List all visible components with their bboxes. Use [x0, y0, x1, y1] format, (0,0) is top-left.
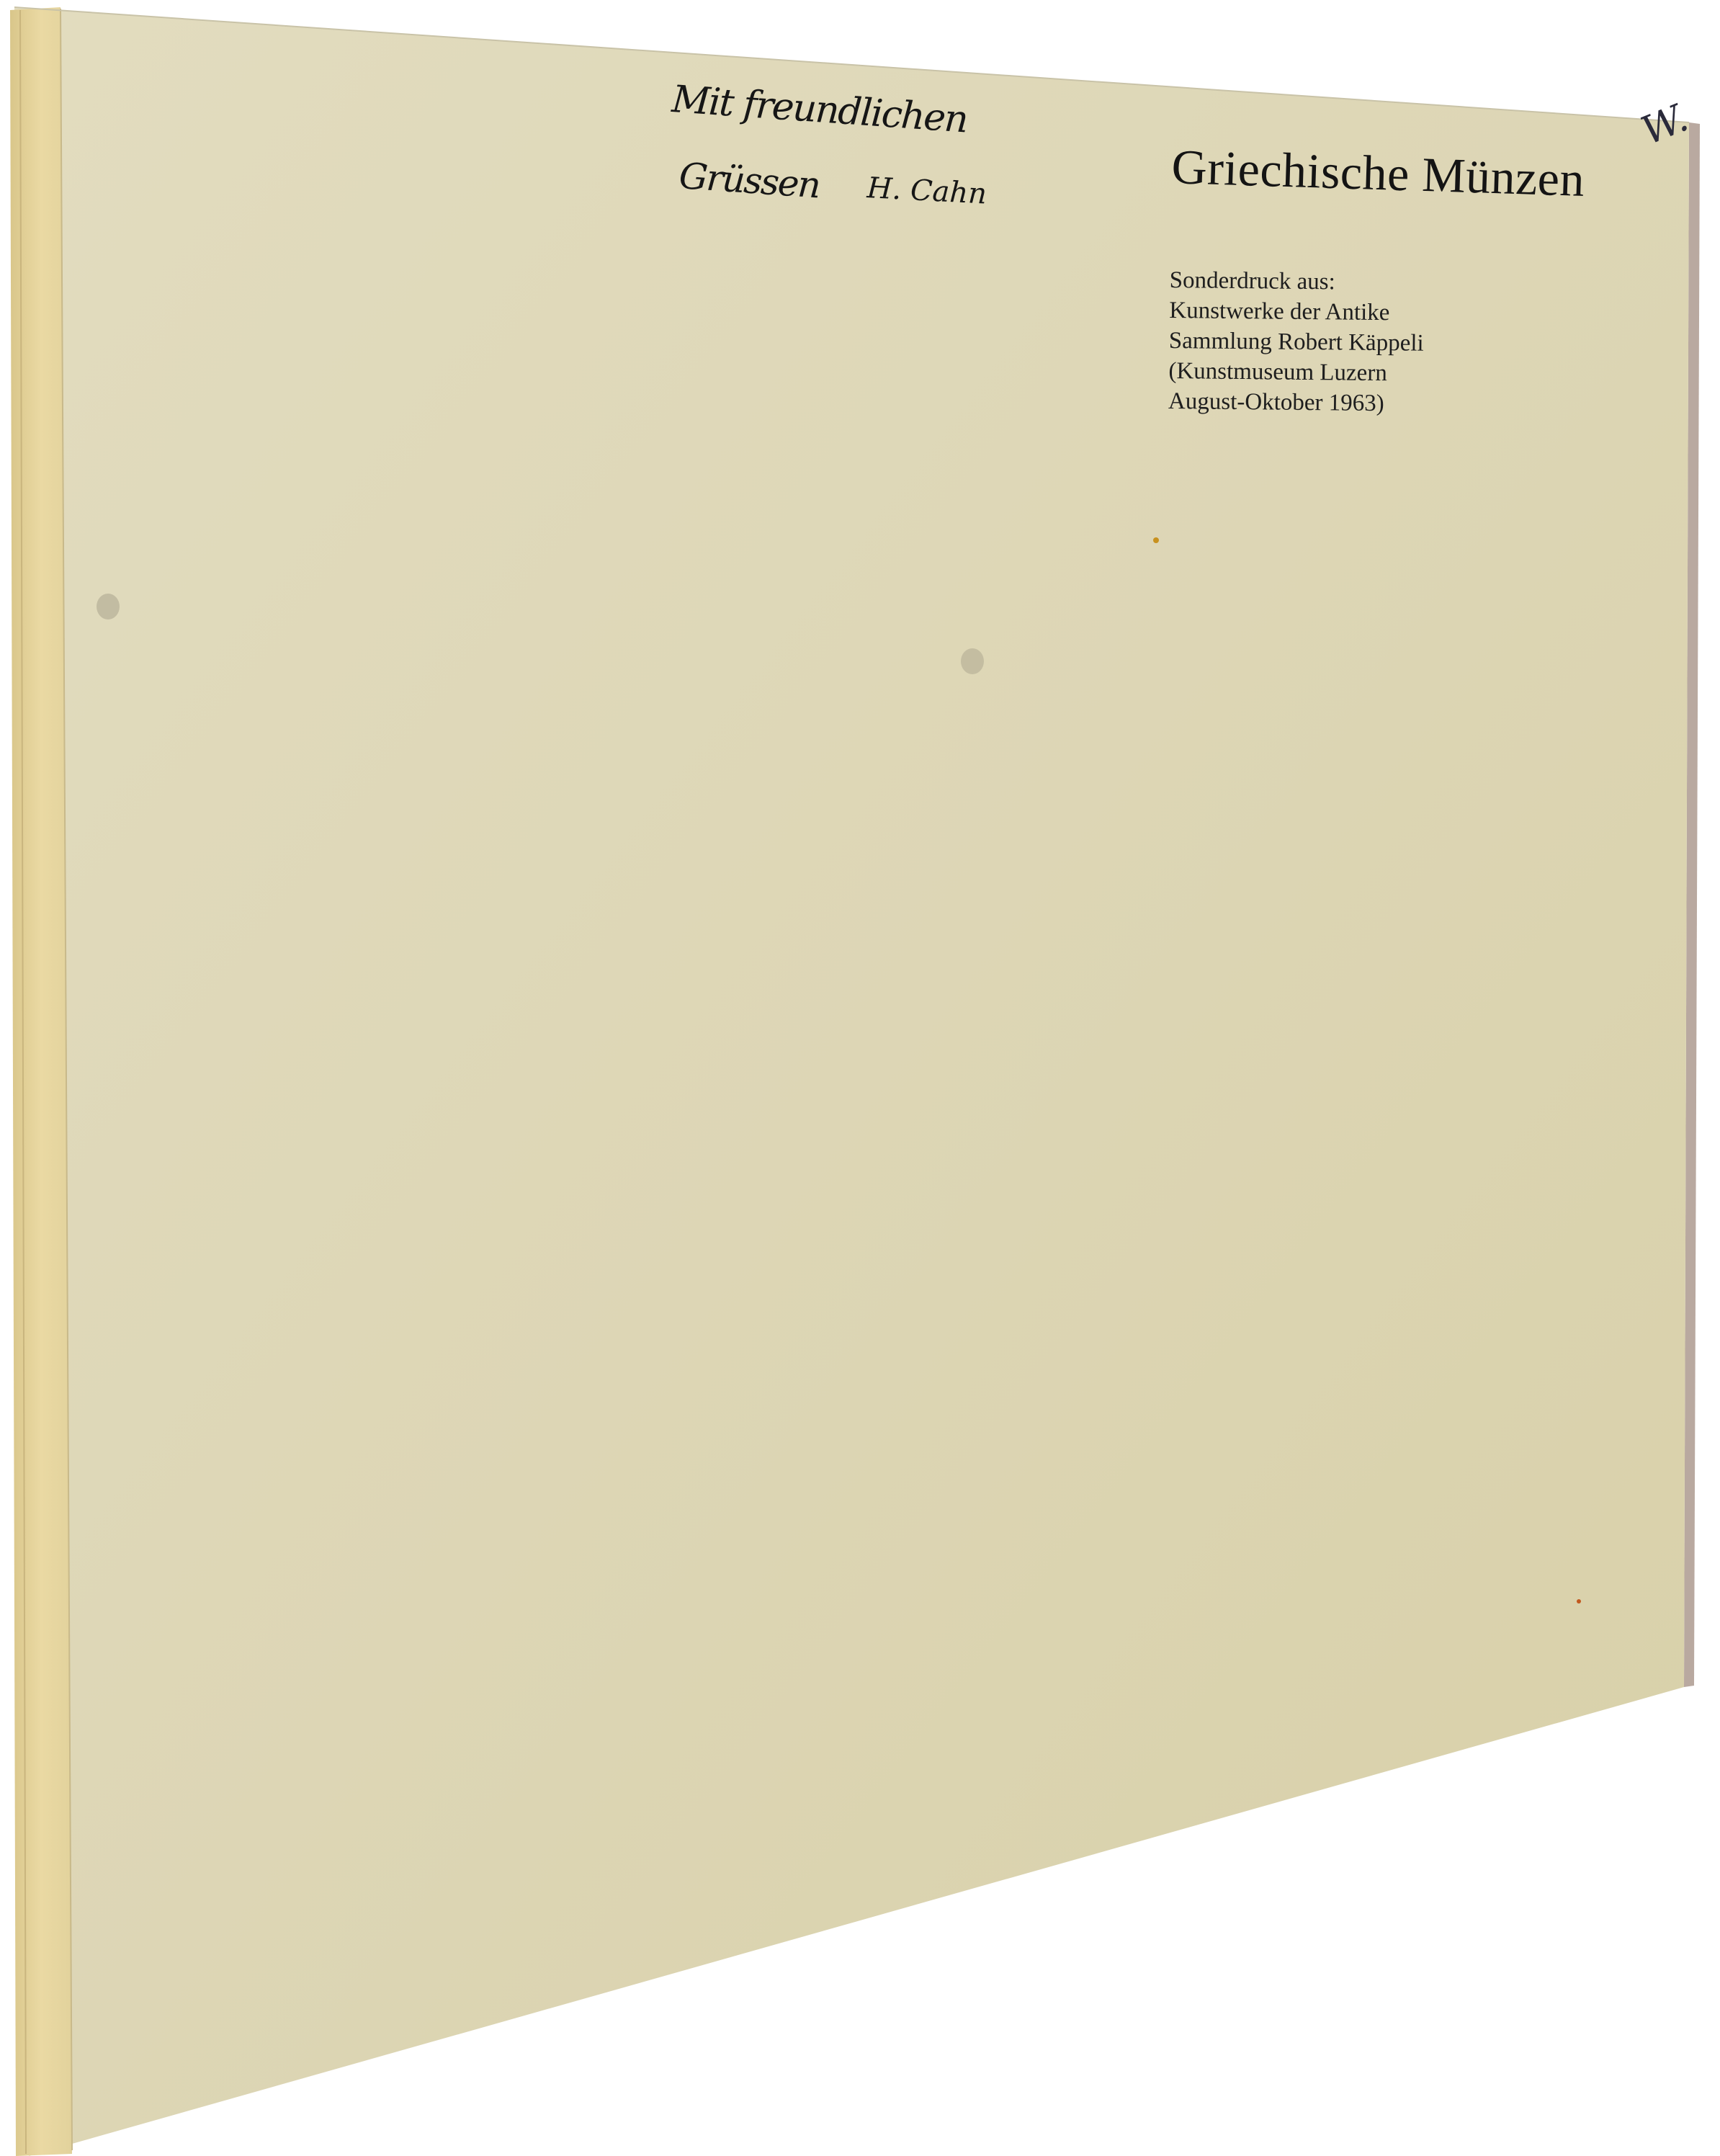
- cover-subtitle: Sonderdruck aus: Kunstwerke der Antike S…: [1168, 265, 1425, 419]
- cover-face: [14, 7, 1689, 2156]
- subtitle-line: Kunstwerke der Antike: [1169, 295, 1424, 328]
- booklet-cover-shape: [0, 0, 1720, 2156]
- subtitle-line: Sammlung Robert Käppeli: [1169, 326, 1424, 359]
- subtitle-line: (Kunstmuseum Luzern: [1168, 356, 1423, 389]
- booklet-photo: Mit freundlichen Grüssen H. Cahn Griechi…: [0, 0, 1720, 2156]
- subtitle-line: Sonderdruck aus:: [1170, 265, 1425, 298]
- inscription-signature: H. Cahn: [866, 171, 987, 211]
- subtitle-line: August-Oktober 1963): [1168, 386, 1423, 419]
